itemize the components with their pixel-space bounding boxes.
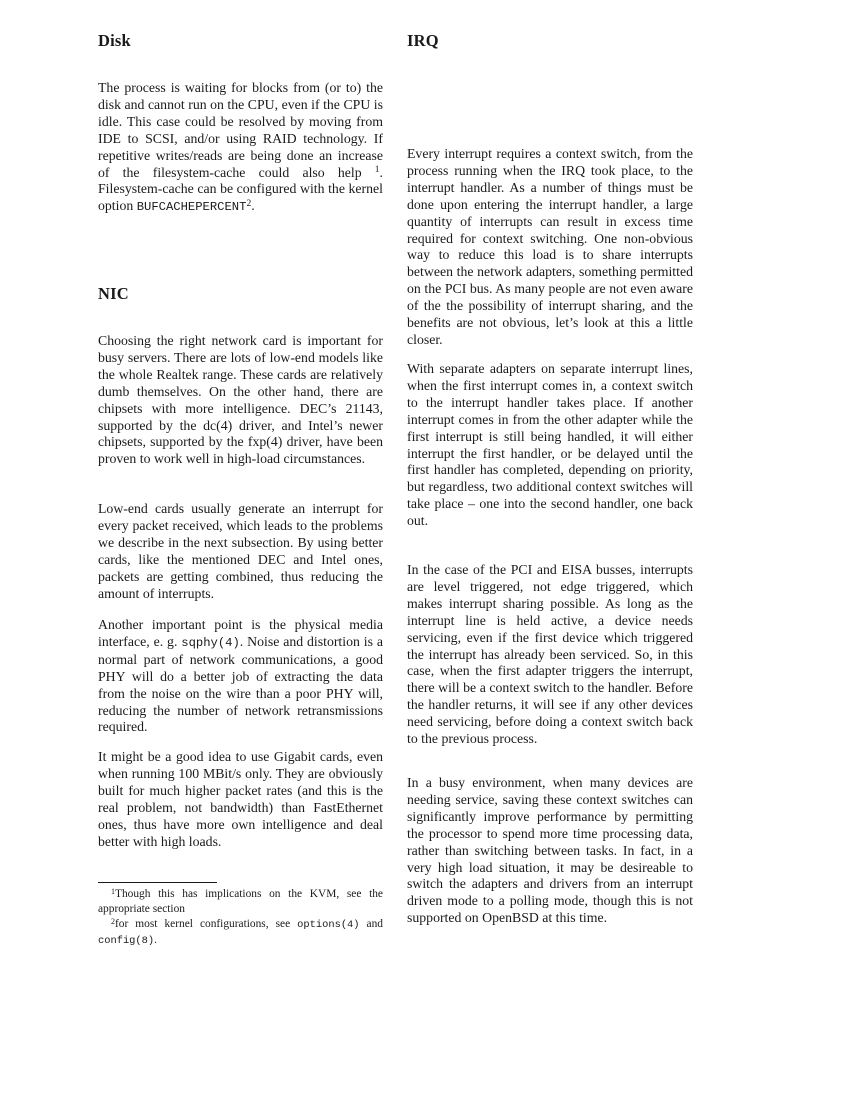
paragraph-irq-3: In the case of the PCI and EISA busses, … [407,562,693,748]
inline-code-options: options(4) [297,919,359,931]
inline-code-sqphy: sqphy(4) [181,636,240,650]
footnote-2: 2for most kernel configurations, see opt… [98,917,383,949]
text-run: and [360,918,383,930]
text-run: . [251,198,254,213]
paragraph-nic-2: Low-end cards usually generate an interr… [98,501,383,602]
inline-code-bufcachepercent: BUFCACHEPERCENT [137,200,247,214]
footnote-ref-1: 1 [375,165,380,175]
footnote-1: 1Though this has implications on the KVM… [98,887,383,917]
paragraph-nic-1: Choosing the right network card is impor… [98,333,383,468]
section-heading-nic: NIC [98,284,383,304]
text-run: The process is waiting for blocks from (… [98,80,383,180]
paragraph-nic-4: It might be a good idea to use Gigabit c… [98,749,383,850]
text-run: for most kernel configurations, see [115,918,297,930]
footnote-ref-2: 2 [246,199,251,209]
section-heading-irq: IRQ [407,31,693,51]
text-run: Though this has implications on the KVM,… [98,888,383,915]
footnote-rule [98,882,217,883]
text-run: . [154,934,157,946]
paragraph-irq-4: In a busy environment, when many devices… [407,775,693,927]
footnote-marker-2: 2 [111,917,115,926]
section-heading-disk: Disk [98,31,383,51]
footnote-marker-1: 1 [111,887,115,896]
paragraph-nic-3: Another important point is the physical … [98,617,383,736]
document-page: Disk The process is waiting for blocks f… [0,0,849,1100]
paragraph-irq-2: With separate adapters on separate inter… [407,361,693,530]
paragraph-irq-1: Every interrupt requires a context switc… [407,146,693,349]
paragraph-disk-1: The process is waiting for blocks from (… [98,80,383,216]
inline-code-config: config(8) [98,935,154,947]
